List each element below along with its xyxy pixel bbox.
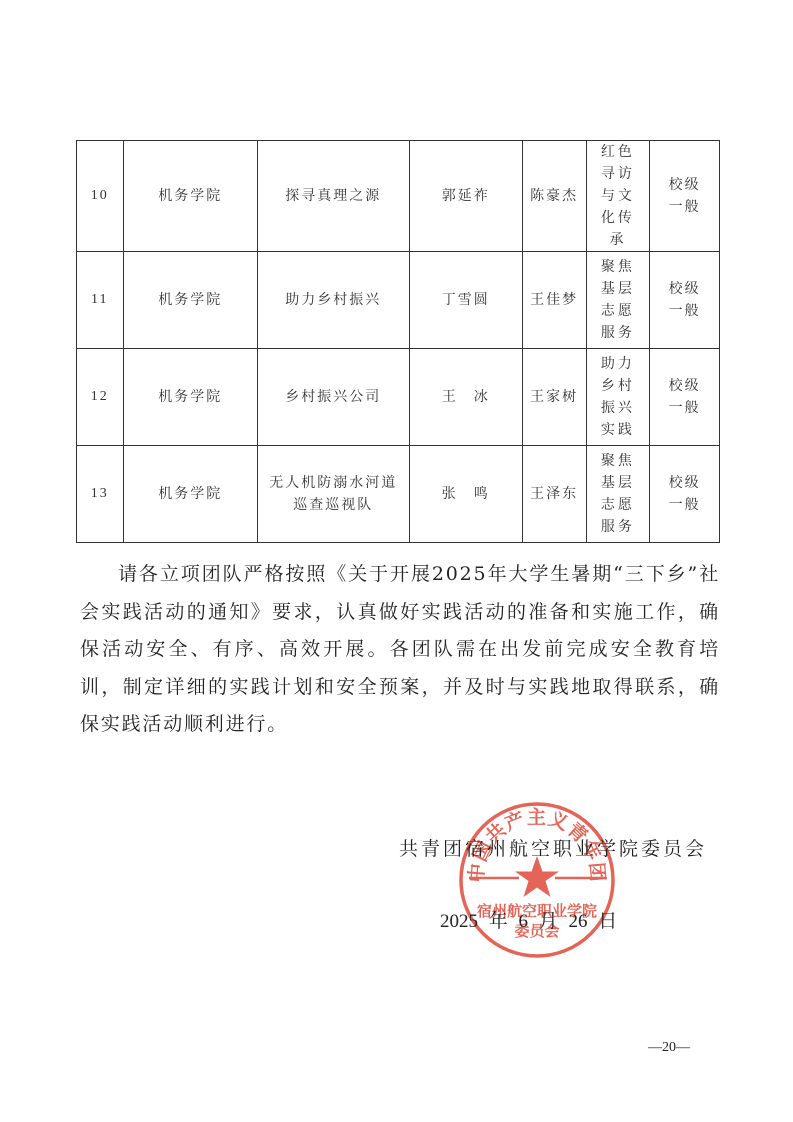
project-name-cell: 探寻真理之源 (257, 141, 409, 252)
level-text: 校级一般 (668, 472, 702, 516)
category-text: 红色寻访与文化传承 (594, 141, 642, 251)
advisor-cell: 王家树 (522, 349, 586, 446)
level-text: 校级一般 (668, 375, 702, 419)
team-leader-cell: 丁雪圆 (409, 252, 522, 349)
category-text: 助力乡村振兴实践 (594, 353, 642, 441)
category-cell: 聚焦基层志愿服务 (586, 446, 650, 543)
college-cell: 机务学院 (123, 252, 257, 349)
table-row: 13 机务学院 无人机防溺水河道巡查巡视队 张 鸣 王泽东 聚焦基层志愿服务 校… (77, 446, 720, 543)
row-number: 12 (77, 349, 124, 446)
category-text: 聚焦基层志愿服务 (594, 256, 642, 344)
project-name-cell: 无人机防溺水河道巡查巡视队 (257, 446, 409, 543)
level-cell: 校级一般 (650, 252, 720, 349)
row-number: 11 (77, 252, 124, 349)
project-table: 10 机务学院 探寻真理之源 郭延祚 陈豪杰 红色寻访与文化传承 校级一般 11… (76, 140, 720, 543)
team-leader-cell: 郭延祚 (409, 141, 522, 252)
college-cell: 机务学院 (123, 141, 257, 252)
project-name-text: 无人机防溺水河道巡查巡视队 (265, 472, 401, 516)
category-cell: 助力乡村振兴实践 (586, 349, 650, 446)
issue-date: 2025 年 6 月 26 日 (440, 906, 617, 933)
college-cell: 机务学院 (123, 349, 257, 446)
category-text: 聚焦基层志愿服务 (594, 450, 642, 538)
project-name-cell: 乡村振兴公司 (257, 349, 409, 446)
advisor-cell: 王泽东 (522, 446, 586, 543)
advisor-cell: 王佳梦 (522, 252, 586, 349)
team-leader-cell: 王 冰 (409, 349, 522, 446)
table-row: 11 机务学院 助力乡村振兴 丁雪圆 王佳梦 聚焦基层志愿服务 校级一般 (77, 252, 720, 349)
row-number: 10 (77, 141, 124, 252)
table-row: 12 机务学院 乡村振兴公司 王 冰 王家树 助力乡村振兴实践 校级一般 (77, 349, 720, 446)
level-cell: 校级一般 (650, 446, 720, 543)
document-page: 10 机务学院 探寻真理之源 郭延祚 陈豪杰 红色寻访与文化传承 校级一般 11… (0, 0, 793, 1122)
category-cell: 聚焦基层志愿服务 (586, 252, 650, 349)
level-cell: 校级一般 (650, 141, 720, 252)
level-text: 校级一般 (668, 174, 702, 218)
page-number: —20— (648, 1040, 690, 1056)
official-seal-icon: 中国共产主义青年团 宿州航空职业学院 委员会 (457, 800, 617, 960)
issuer-signature: 共青团宿州航空职业学院委员会 (399, 834, 707, 861)
advisor-cell: 陈豪杰 (522, 141, 586, 252)
level-cell: 校级一般 (650, 349, 720, 446)
level-text: 校级一般 (668, 278, 702, 322)
college-cell: 机务学院 (123, 446, 257, 543)
project-name-cell: 助力乡村振兴 (257, 252, 409, 349)
notice-paragraph: 请各立项团队严格按照《关于开展2025年大学生暑期“三下乡”社会实践活动的通知》… (80, 556, 720, 744)
team-leader-cell: 张 鸣 (409, 446, 522, 543)
notice-body: 请各立项团队严格按照《关于开展2025年大学生暑期“三下乡”社会实践活动的通知》… (80, 556, 720, 744)
table-row: 10 机务学院 探寻真理之源 郭延祚 陈豪杰 红色寻访与文化传承 校级一般 (77, 141, 720, 252)
category-cell: 红色寻访与文化传承 (586, 141, 650, 252)
row-number: 13 (77, 446, 124, 543)
